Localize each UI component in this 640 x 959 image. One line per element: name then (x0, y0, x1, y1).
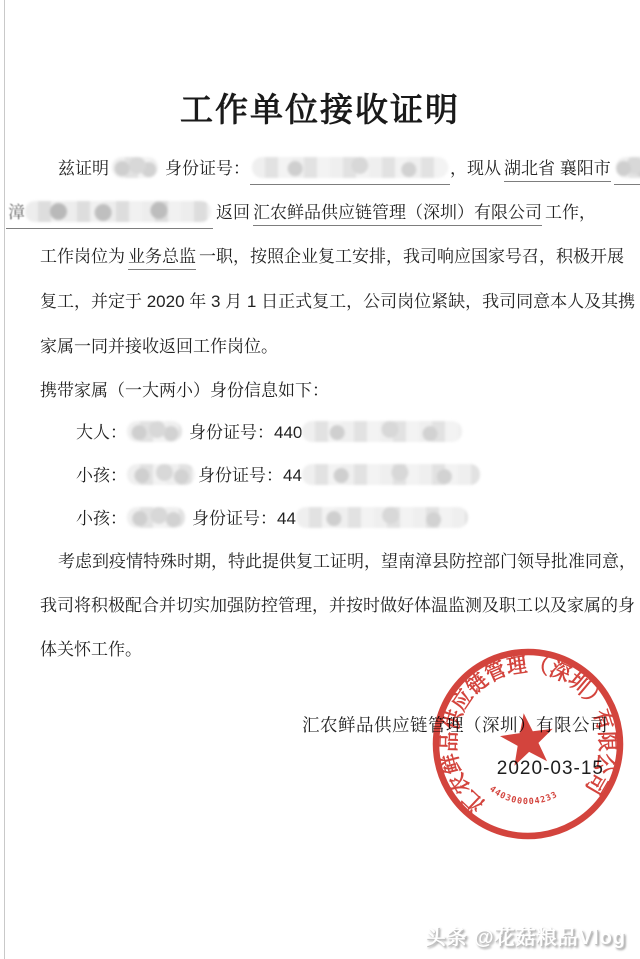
redaction-child1-name (127, 464, 195, 485)
resume-date-line: 复工，并定于 2020 年 3 月 1 日正式复工，公司岗位紧缺，我司同意本人及… (40, 288, 636, 315)
closing-line-3: 体关怀工作。 (40, 636, 636, 663)
certify-line-2: 漳返回汇农鲜品供应链管理（深圳）有限公司工作， (6, 199, 636, 226)
id-prefix: 44 (283, 466, 302, 485)
family-heading: 携带家属（一大两小）身份信息如下： (40, 377, 636, 404)
company-seal: 汇农鲜品供应链管理（深圳）有限公司 440300004233 (415, 631, 640, 857)
id-prefix: 44 (277, 509, 296, 528)
relation-label: 小孩： (76, 509, 127, 528)
redaction-id (252, 157, 448, 178)
return-text: 返回 (216, 203, 250, 222)
position-rest: 一职，按照企业复工安排，我司响应国家号召，积极开展 (199, 247, 624, 266)
redaction-county (616, 157, 640, 178)
family-row-child-1: 小孩：身份证号：44 (76, 462, 636, 489)
redaction-child1-id (302, 464, 480, 485)
closing-line-1: 考虑到疫情特殊时期，特此提供复工证明，望南漳县防控部门领导批准同意， (40, 548, 636, 575)
redaction-address (25, 201, 211, 222)
redaction-child2-id (296, 507, 468, 528)
relation-label: 小孩： (76, 466, 127, 485)
redaction-id-underlined (250, 155, 450, 185)
from-text: ，现从 (450, 159, 501, 178)
redaction-county-underlined (614, 155, 640, 185)
seal-ring (424, 640, 632, 848)
position-line: 工作岗位为业务总监一职，按照企业复工安排，我司响应国家号召，积极开展 (40, 243, 636, 270)
redaction-adult-name (127, 421, 182, 442)
certify-prefix: 兹证明 (58, 159, 109, 178)
id-label: 身份证号： (192, 509, 277, 528)
family-row-child-2: 小孩：身份证号：44 (76, 505, 636, 532)
id-label: 身份证号： (165, 159, 250, 178)
company-name-inline: 汇农鲜品供应链管理（深圳）有限公司 (253, 203, 542, 226)
scan-edge-line (4, 0, 5, 959)
redaction-adult-id (302, 421, 462, 442)
redaction-address-underlined: 漳 (6, 199, 213, 229)
work-text: 工作， (545, 203, 596, 222)
closing-line-2: 我司将积极配合并切实加强防控管理，并按时做好体温监测及职工以及家属的身 (40, 592, 636, 619)
position-label: 工作岗位为 (40, 247, 125, 266)
id-label: 身份证号： (198, 466, 283, 485)
id-prefix: 440 (274, 423, 302, 442)
redaction-name (112, 157, 158, 178)
certify-line-1: 兹证明身份证号：，现从湖北省 襄阳市 (40, 155, 636, 182)
family-row-adult: 大人：身份证号：440 (76, 419, 636, 446)
document-title: 工作单位接收证明 (0, 84, 640, 131)
signature-company: 汇农鲜品供应链管理（深圳）有限公司 (302, 712, 608, 737)
family-return-line: 家属一同并接收返回工作岗位。 (40, 333, 636, 360)
signature-date: 2020-03-15 (497, 758, 604, 780)
id-label: 身份证号： (189, 423, 274, 442)
watermark-label: 头条 @花菇粮品Vlog (426, 921, 626, 950)
relation-label: 大人： (76, 423, 127, 442)
document-page: 工作单位接收证明 兹证明身份证号：，现从湖北省 襄阳市 漳返回汇农鲜品供应链管理… (0, 0, 640, 959)
origin-province-city: 湖北省 襄阳市 (504, 159, 611, 182)
redaction-child2-name (127, 507, 185, 528)
seal-serial-number: 440300004233 (486, 775, 560, 813)
ghost-character: 漳 (8, 203, 25, 222)
position-title: 业务总监 (128, 247, 196, 270)
